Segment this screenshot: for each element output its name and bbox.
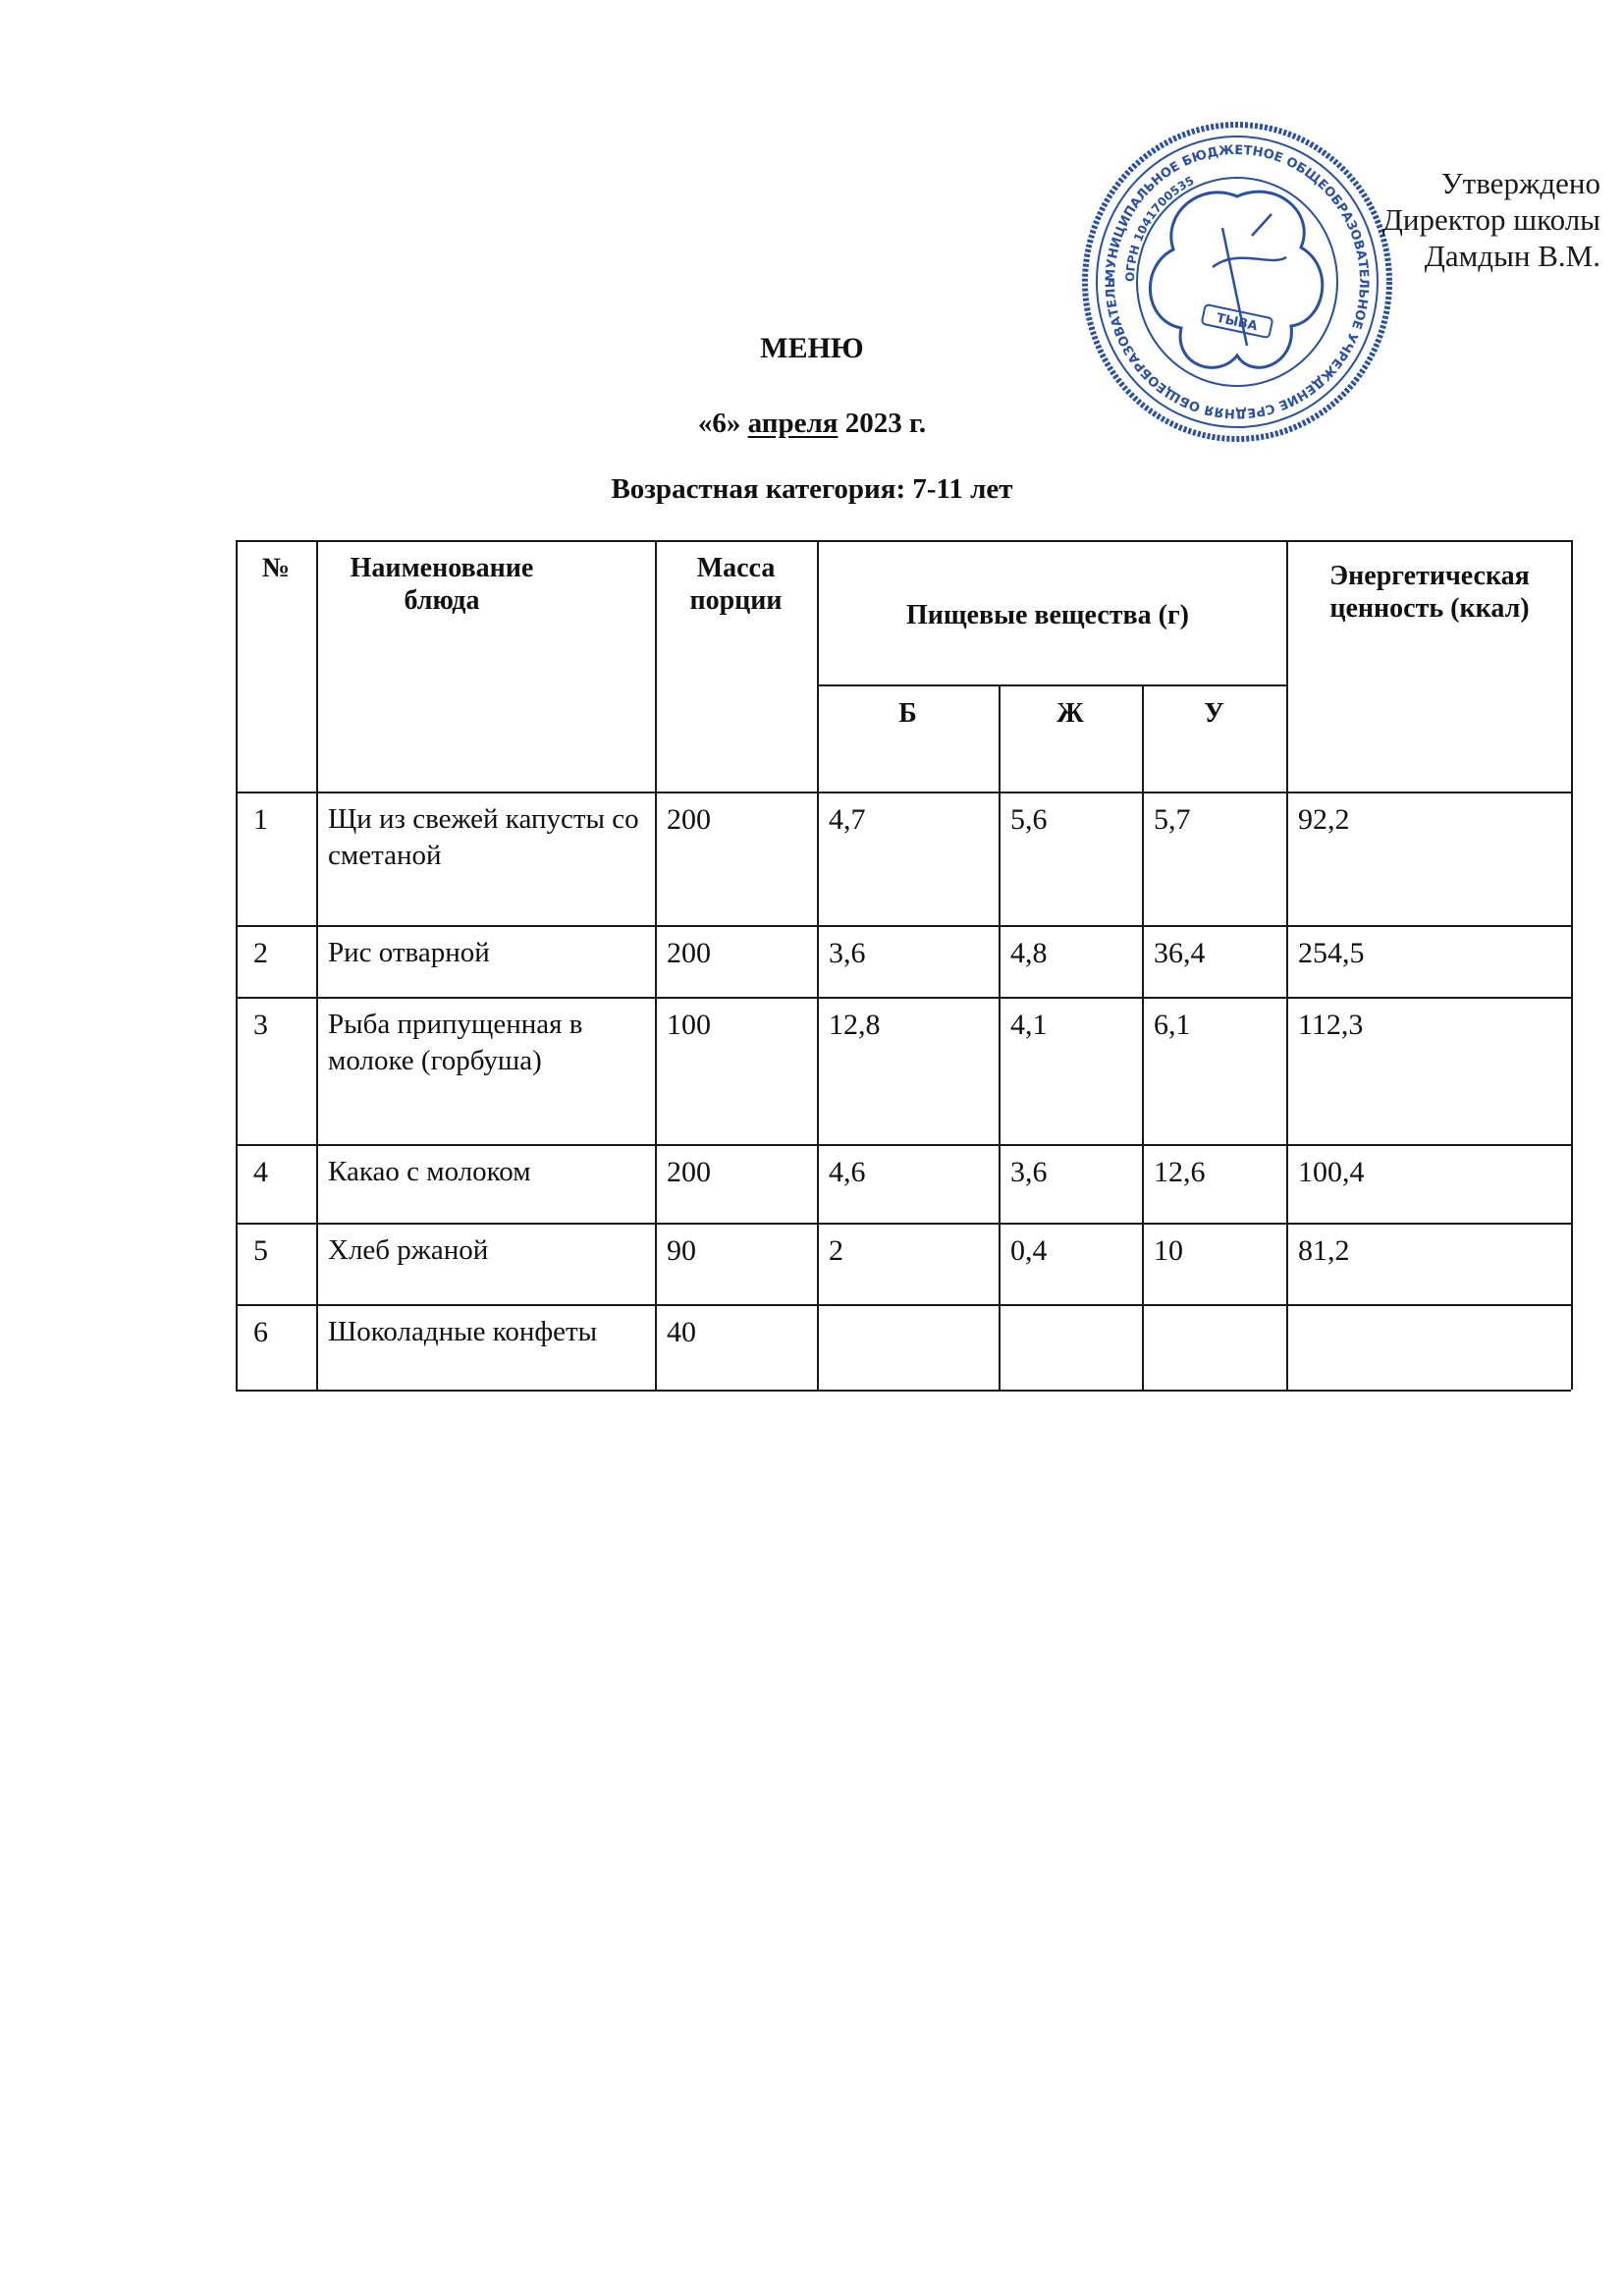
- row-divider: [236, 1144, 1571, 1146]
- approval-position: Директор школы: [1247, 201, 1600, 238]
- cell-fat: 4,8: [1010, 935, 1136, 971]
- cell-protein: 4,6: [829, 1154, 993, 1190]
- cell-num: 6: [253, 1314, 316, 1350]
- cell-mass: 200: [667, 1154, 811, 1190]
- cell-energy: 254,5: [1298, 935, 1565, 971]
- cell-protein: 2: [829, 1232, 993, 1269]
- date-month: апреля: [748, 408, 839, 439]
- page-title: МЕНЮ: [0, 332, 1624, 365]
- cell-name: Рис отварной: [328, 935, 649, 971]
- row-divider: [236, 1304, 1571, 1306]
- cell-name: Рыба припущенная в молоке (горбуша): [328, 1007, 649, 1079]
- cell-num: 4: [253, 1154, 316, 1190]
- cell-num: 5: [253, 1232, 316, 1269]
- svg-text:ОГРН 1041700535: ОГРН 1041700535: [1123, 174, 1197, 283]
- cell-mass: 200: [667, 801, 811, 838]
- cell-energy: 112,3: [1298, 1007, 1565, 1043]
- column-divider: [236, 540, 238, 1390]
- col-header-num: №: [236, 552, 316, 584]
- col-header-energy: Энергетическая ценность (ккал): [1288, 560, 1571, 625]
- col-header-protein: Б: [817, 697, 999, 730]
- table-border-top: [236, 540, 1571, 542]
- row-divider: [236, 792, 1571, 793]
- cell-energy: 100,4: [1298, 1154, 1565, 1190]
- approval-block: Утверждено Директор школы Дамдын В.М.: [1247, 165, 1600, 274]
- col-header-name: Наименование блюда: [334, 552, 550, 617]
- col-header-fat: Ж: [999, 697, 1142, 730]
- cell-energy: 81,2: [1298, 1232, 1565, 1269]
- cell-protein: 3,6: [829, 935, 993, 971]
- column-divider: [316, 540, 318, 1390]
- col-header-mass: Масса порции: [655, 552, 817, 617]
- cell-num: 3: [253, 1007, 316, 1043]
- cell-name: Шоколадные конфеты: [328, 1314, 649, 1350]
- menu-date: «6» апреля 2023 г.: [0, 408, 1624, 440]
- col-header-carbs: У: [1142, 697, 1286, 730]
- menu-table: № Наименование блюда Масса порции Пищевы…: [236, 540, 1571, 1390]
- approval-signatory: Дамдын В.М.: [1247, 238, 1600, 274]
- column-divider: [999, 684, 1001, 1390]
- col-header-nutrients: Пищевые вещества (г): [817, 599, 1278, 631]
- column-divider: [1571, 540, 1573, 1390]
- cell-protein: 12,8: [829, 1007, 993, 1043]
- cell-name: Какао с молоком: [328, 1154, 649, 1190]
- cell-num: 1: [253, 801, 316, 838]
- date-year: 2023 г.: [845, 408, 926, 439]
- cell-carbs: 10: [1154, 1232, 1280, 1269]
- row-divider: [236, 1390, 1571, 1392]
- cell-fat: 0,4: [1010, 1232, 1136, 1269]
- cell-carbs: 5,7: [1154, 801, 1280, 838]
- approval-label: Утверждено: [1247, 165, 1600, 201]
- cell-energy: 92,2: [1298, 801, 1565, 838]
- cell-num: 2: [253, 935, 316, 971]
- cell-mass: 100: [667, 1007, 811, 1043]
- cell-carbs: 6,1: [1154, 1007, 1280, 1043]
- column-divider: [655, 540, 657, 1390]
- cell-mass: 40: [667, 1314, 811, 1350]
- age-category: Возрастная категория: 7-11 лет: [0, 473, 1624, 506]
- row-divider: [236, 997, 1571, 999]
- row-divider: [236, 1223, 1571, 1225]
- cell-name: Щи из свежей капусты со сметаной: [328, 801, 649, 874]
- row-divider: [236, 925, 1571, 927]
- cell-fat: 3,6: [1010, 1154, 1136, 1190]
- cell-fat: 5,6: [1010, 801, 1136, 838]
- column-divider: [1286, 540, 1288, 1390]
- column-divider: [1142, 684, 1144, 1390]
- cell-fat: 4,1: [1010, 1007, 1136, 1043]
- date-day: «6»: [698, 408, 741, 439]
- cell-carbs: 12,6: [1154, 1154, 1280, 1190]
- cell-protein: 4,7: [829, 801, 993, 838]
- nutrients-subheader-divider: [817, 684, 1286, 686]
- cell-mass: 200: [667, 935, 811, 971]
- cell-mass: 90: [667, 1232, 811, 1269]
- cell-name: Хлеб ржаной: [328, 1232, 649, 1269]
- cell-carbs: 36,4: [1154, 935, 1280, 971]
- column-divider: [817, 540, 819, 1390]
